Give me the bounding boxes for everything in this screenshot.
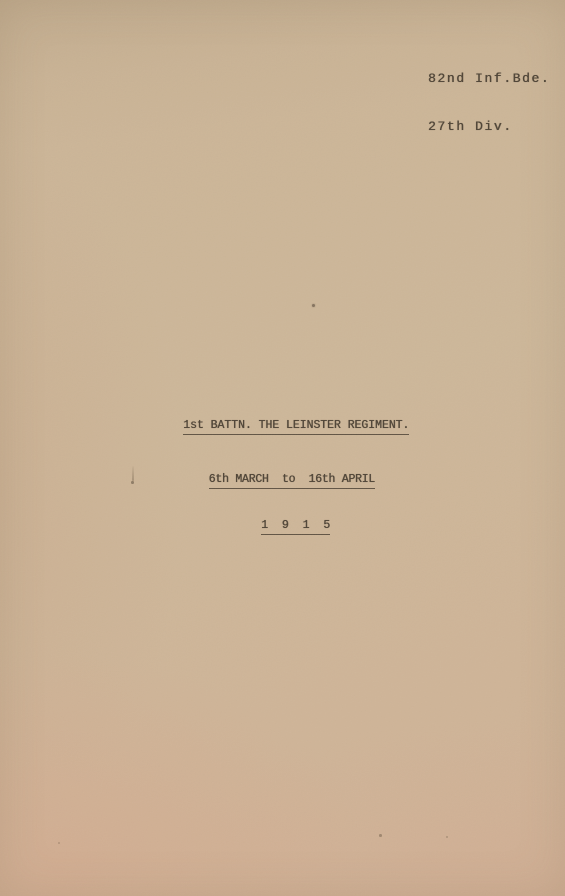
date-range-text: 6th MARCH to 16th APRIL (209, 473, 375, 489)
paper-speck (312, 304, 315, 307)
battalion-title-text: 1st BATTN. THE LEINSTER REGIMENT. (183, 419, 409, 435)
brigade-line: 82nd Inf.Bde. (428, 71, 550, 87)
division-line: 27th Div. (428, 119, 550, 135)
paper-speck (58, 842, 60, 844)
paper-speck (379, 834, 382, 837)
battalion-title: 1st BATTN. THE LEINSTER REGIMENT. (0, 406, 565, 448)
diary-year: 1 9 1 5 (0, 506, 551, 548)
diary-year-text: 1 9 1 5 (261, 519, 330, 535)
unit-annotation-block: 82nd Inf.Bde. 27th Div. (428, 39, 550, 167)
stray-ink-dot (131, 481, 134, 484)
stray-ink-mark (132, 466, 134, 481)
paper-speck (446, 836, 448, 838)
date-range: 6th MARCH to 16th APRIL (0, 460, 561, 502)
war-diary-cover-page: 82nd Inf.Bde. 27th Div. 1st BATTN. THE L… (0, 0, 565, 896)
